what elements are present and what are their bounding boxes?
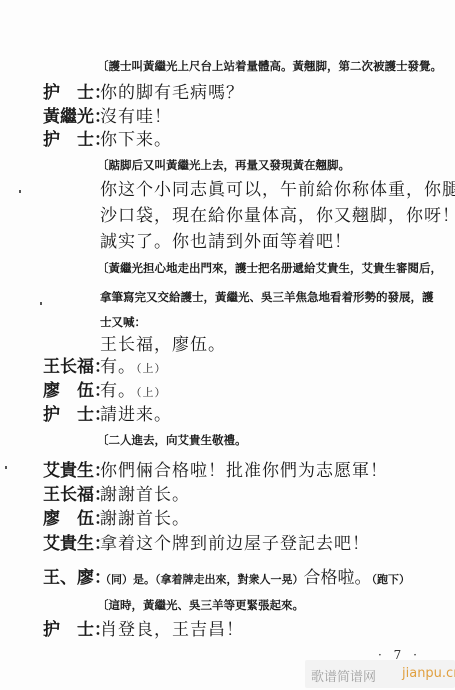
speech-line: 你这个小同志眞可以，午前給你称体重，你腿上綁 bbox=[100, 182, 455, 199]
dialogue-text: 有。（上） bbox=[100, 359, 167, 376]
stage-direction: 〔護士叫黃繼光上尺台上站着量體高。黃翹脚，第二次被護士發覺。 bbox=[97, 61, 442, 73]
stage-direction: 〔踮脚后又叫黃繼光上去，再量又發現黃在翹脚。 bbox=[97, 160, 350, 172]
stage-direction: 〔二人進去，向艾貴生敬禮。 bbox=[97, 435, 247, 447]
dialogue-text: 有。 bbox=[100, 357, 136, 377]
speech-line: 沙口袋，現在給你量体高，你又翹脚，你呀！太不 bbox=[100, 208, 455, 225]
watermark-cn: 歌谱简谱网 bbox=[311, 666, 376, 685]
dialogue-text: 拿着这个牌到前边屋子登記去吧！ bbox=[100, 536, 370, 553]
stage-note: （同）是。（拿着牌走出來，對衆人一晃） bbox=[100, 573, 304, 586]
stage-direction: 士又喊： bbox=[100, 317, 146, 329]
stage-note: （上） bbox=[136, 362, 167, 375]
dialogue-text: 你們倆合格啦！批准你們为志愿軍！ bbox=[100, 463, 388, 480]
dialogue-text: 有。（上） bbox=[100, 383, 167, 400]
print-speck bbox=[40, 302, 42, 305]
stage-direction: 〔這時，黃繼光、吳三羊等更緊張起來。 bbox=[97, 600, 304, 612]
dialogue-text: 肖登良，王吉昌！ bbox=[100, 622, 244, 639]
watermark-en: jianpu.cn bbox=[402, 666, 455, 681]
dialogue-text: 沒有哇！ bbox=[100, 109, 172, 126]
dialogue-text: 有。 bbox=[100, 381, 136, 401]
dialogue-text: 謝謝首长。 bbox=[100, 487, 190, 504]
dialogue-text: 合格啦。 bbox=[304, 568, 372, 588]
dialogue-text: 請进来。 bbox=[100, 407, 172, 424]
dialogue-text: 你下来。 bbox=[100, 132, 172, 149]
stage-note: （上） bbox=[136, 386, 167, 399]
dialogue-text: （同）是。（拿着牌走出來，對衆人一晃）合格啦。（跑下） bbox=[100, 570, 410, 587]
dialogue-text: 你的脚有毛病嗎？ bbox=[100, 85, 244, 102]
watermark: 歌谱简谱网 jianpu.cn bbox=[305, 660, 455, 688]
print-speck bbox=[19, 190, 21, 193]
stage-note: （跑下） bbox=[372, 573, 411, 586]
script-page: 〔護士叫黃繼光上尺台上站着量體高。黃翹脚，第二次被護士發覺。 护 士： 你的脚有… bbox=[0, 0, 455, 690]
print-speck bbox=[5, 466, 7, 469]
speech-line: 王长福，廖伍。 bbox=[100, 337, 226, 354]
stage-direction: 拿筆寫完又交給護士，黃繼光、吳三羊焦急地看着形勢的發展，護 bbox=[100, 292, 434, 304]
speech-line: 誠实了。你也請到外面等着吧！ bbox=[100, 234, 352, 251]
stage-direction: 〔黃繼光担心地走出門來，護士把名册遞給艾貴生，艾貴生審閱后， bbox=[97, 263, 442, 275]
dialogue-text: 謝謝首长。 bbox=[100, 511, 190, 528]
